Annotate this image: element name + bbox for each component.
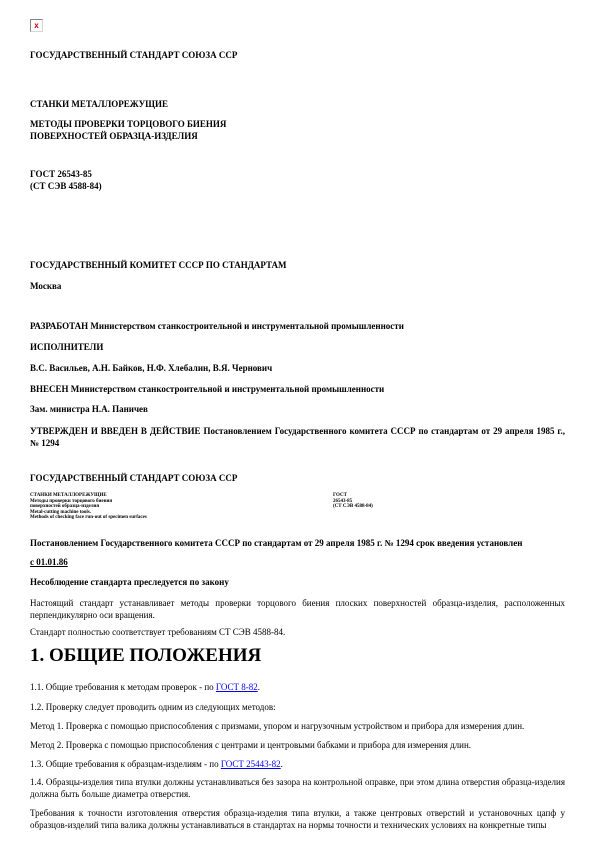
- effective-date: с 01.01.86: [30, 556, 565, 568]
- submitted-by-line: ВНЕСЕН Министерством станкостроительной …: [30, 383, 565, 395]
- clause-1-4: 1.4. Образцы-изделия типа втулки должны …: [30, 776, 565, 800]
- clause-1-3-period: .: [281, 759, 283, 769]
- header-title-ru-1: Методы проверки торцового биения: [30, 499, 112, 504]
- clause-1-3-text: 1.3. Общие требования к образцам-изделия…: [30, 759, 221, 769]
- approved-line: УТВЕРЖДЕН И ВВЕДЕН В ДЕЙСТВИЕ Постановле…: [30, 425, 565, 449]
- standard-designation: ГОСТ 26543-85 (СТ СЭВ 4588-84): [30, 168, 565, 192]
- clause-1-2: 1.2. Проверку следует проводить одним из…: [30, 701, 565, 713]
- clause-1-1-period: .: [258, 682, 260, 692]
- executors-names: В.С. Васильев, А.Н. Байков, Н.Ф. Хлебали…: [30, 362, 565, 374]
- header-designation-sev: (СТ СЭВ 4588-84): [333, 504, 373, 509]
- conformity-paragraph: Стандарт полностью соответствует требова…: [30, 626, 565, 638]
- city-label: Москва: [30, 280, 565, 292]
- committee-heading: ГОСУДАРСТВЕННЫЙ КОМИТЕТ СССР ПО СТАНДАРТ…: [30, 259, 565, 271]
- gost-25443-82-link[interactable]: ГОСТ 25443-82: [221, 759, 281, 769]
- standard-subtitle: МЕТОДЫ ПРОВЕРКИ ТОРЦОВОГО БИЕНИЯ ПОВЕРХН…: [30, 118, 565, 142]
- executors-heading: ИСПОЛНИТЕЛИ: [30, 341, 565, 353]
- broken-image-icon: x: [30, 19, 43, 32]
- designation-sev: (СТ СЭВ 4588-84): [30, 181, 102, 191]
- header-title-ru-2: поверхностей образца-изделия: [30, 504, 99, 509]
- header-title-ru-caps: СТАНКИ МЕТАЛЛОРЕЖУЩИЕ: [30, 493, 107, 498]
- header-title-en-2: Methods of checking face run-out of spec…: [30, 515, 147, 520]
- clause-1-3: 1.3. Общие требования к образцам-изделия…: [30, 758, 565, 770]
- scope-paragraph: Настоящий стандарт устанавливает методы …: [30, 597, 565, 621]
- standard-title: СТАНКИ МЕТАЛЛОРЕЖУЩИЕ: [30, 98, 565, 110]
- clause-1-1: 1.1. Общие требования к методам проверок…: [30, 681, 565, 693]
- clause-1-4-continued: Требования к точности изготовления отвер…: [30, 807, 565, 831]
- method-1-paragraph: Метод 1. Проверка с помощью приспособлен…: [30, 720, 565, 732]
- designation-gost: ГОСТ 26543-85: [30, 169, 92, 179]
- document-page: x ГОСУДАРСТВЕННЫЙ СТАНДАРТ СОЮЗА ССР СТА…: [0, 0, 595, 842]
- header-designation-number: 26543-85: [333, 499, 352, 504]
- standard-org-heading: ГОСУДАРСТВЕННЫЙ СТАНДАРТ СОЮЗА ССР: [30, 49, 565, 61]
- deputy-minister-line: Зам. министра Н.А. Паничев: [30, 403, 565, 415]
- standard-subtitle-line2: ПОВЕРХНОСТЕЙ ОБРАЗЦА-ИЗДЕЛИЯ: [30, 131, 198, 141]
- clause-1-1-text: 1.1. Общие требования к методам проверок…: [30, 682, 216, 692]
- law-notice: Несоблюдение стандарта преследуется по з…: [30, 576, 565, 588]
- header-table-designation-cell: ГОСТ 26543-85 (СТ СЭВ 4588-84): [333, 493, 373, 521]
- standard-subtitle-line1: МЕТОДЫ ПРОВЕРКИ ТОРЦОВОГО БИЕНИЯ: [30, 119, 226, 129]
- header-table-title-cell: СТАНКИ МЕТАЛЛОРЕЖУЩИЕ Методы проверки то…: [30, 493, 333, 521]
- standard-org-heading-repeat: ГОСУДАРСТВЕННЫЙ СТАНДАРТ СОЮЗА ССР: [30, 472, 565, 484]
- header-title-en-1: Metal-cutting machine tools.: [30, 510, 91, 515]
- enactment-line: Постановлением Государственного комитета…: [30, 537, 565, 549]
- header-designation-gost: ГОСТ: [333, 493, 347, 498]
- standard-header-table: СТАНКИ МЕТАЛЛОРЕЖУЩИЕ Методы проверки то…: [30, 493, 565, 521]
- gost-8-82-link[interactable]: ГОСТ 8-82: [216, 682, 258, 692]
- developed-by-line: РАЗРАБОТАН Министерством станкостроитель…: [30, 320, 565, 332]
- section-1-heading: 1. ОБЩИЕ ПОЛОЖЕНИЯ: [30, 645, 565, 667]
- method-2-paragraph: Метод 2. Проверка с помощью приспособлен…: [30, 739, 565, 751]
